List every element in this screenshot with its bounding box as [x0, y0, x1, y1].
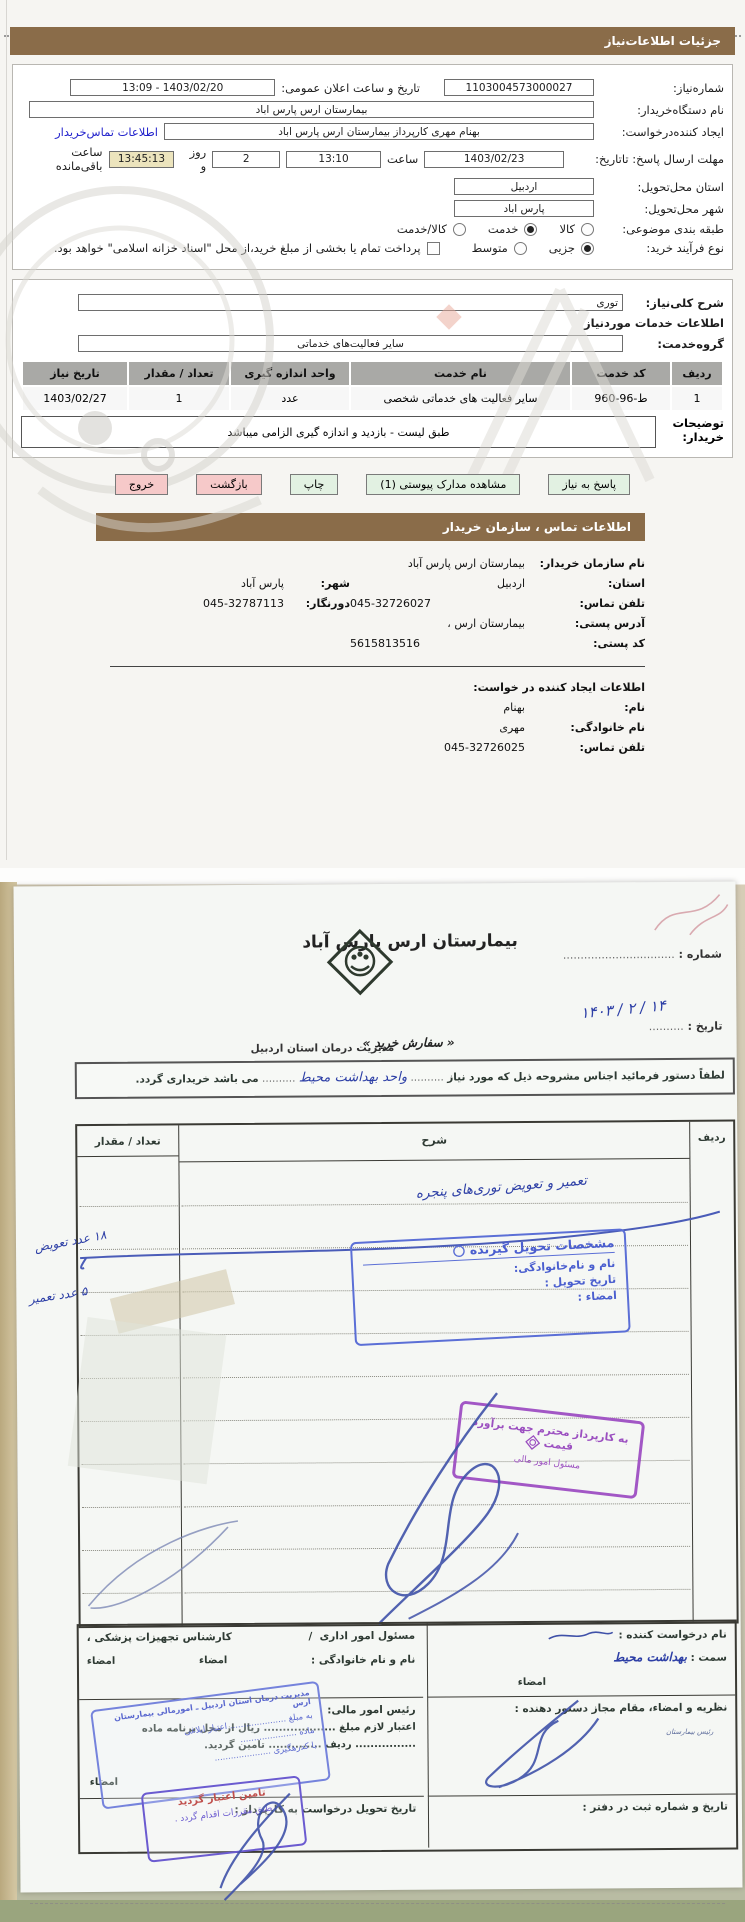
col-service-code: کد خدمت [572, 362, 670, 385]
equipment-expert-label: کارشناس تجهیزات پزشکی ، [87, 1631, 232, 1644]
scan-number-line: شماره : ................................ [563, 948, 722, 962]
phone-value: 045-32726027 [350, 597, 525, 610]
buyer-name-field[interactable]: بیمارستان ارس پارس اباد [29, 101, 594, 118]
signature-large [347, 1383, 539, 1634]
request-dots2: .......... [262, 1073, 295, 1085]
tamin-logo-icon [322, 924, 399, 1001]
view-attachments-button[interactable]: مشاهده مدارک پیوستی (1) [366, 474, 520, 495]
request-handwritten: واحد بهداشت محیط [299, 1070, 407, 1086]
deadline-date-field[interactable]: 1403/02/23 [424, 151, 564, 168]
items-col-row: ردیف [689, 1122, 736, 1622]
creator-phone-label: تلفن تماس: [525, 741, 645, 754]
admin-sign-label: امضاء [199, 1655, 227, 1667]
left-rule [6, 0, 7, 860]
contact-divider [110, 666, 645, 667]
col-row-number: ردیف [672, 362, 722, 385]
cell-service-code: ط-96-960 [572, 387, 670, 410]
col-service-name: نام خدمت [351, 362, 570, 385]
items-col-desc: شرح [179, 1122, 689, 1163]
days-field[interactable]: 2 [212, 151, 280, 168]
items-col-desc-label: شرح [179, 1122, 689, 1149]
scan-bottom-dashed-line [30, 1903, 725, 1904]
last-name-value: مهری [499, 721, 525, 734]
items-col-row-label: ردیف [690, 1122, 733, 1144]
remaining-time-badge: 13:45:13 [109, 151, 175, 168]
signature-table: نام درخواست کننده : سمت : بهداشت محیط ام… [77, 1620, 739, 1855]
contact-section-header: اطلاعات تماس ، سازمان خریدار [96, 513, 645, 541]
process-type-label: نوع فرآیند خرید: [600, 241, 724, 255]
process-radio-medium[interactable] [514, 242, 527, 255]
service-info-panel: شرح کلی‌نیاز: توری اطلاعات خدمات موردنیا… [12, 279, 733, 458]
deliver-cell: تاریخ تحویل درخواست به کارپرداز : تامین … [80, 1797, 425, 1850]
requester-cell: نام درخواست کننده : سمت : بهداشت محیط ام… [426, 1622, 735, 1698]
scan-paper: شماره : ................................… [13, 881, 742, 1892]
service-group-label: گروه‌خدمت: [629, 337, 724, 351]
creator-info-title: اطلاعات ایجاد کننده در خواست: [110, 681, 645, 694]
buyer-contact-block: نام سازمان خریدار: بیمارستان ارس پارس آب… [110, 557, 645, 754]
creator-field[interactable]: بهنام مهری کارپرداز بیمارستان ارس پارس ا… [164, 123, 594, 140]
city-label: شهر: [284, 577, 350, 590]
register-cell: تاریخ و شماره ثبت در دفتر : [428, 1795, 737, 1848]
first-name-label: نام: [525, 701, 645, 714]
deadline-label: مهلت ارسال پاسخ: تاتاریخ: [570, 152, 724, 166]
col-quantity: تعداد / مقدار [129, 362, 229, 385]
fax-value: 045-32787113 [203, 597, 284, 610]
phone-label: تلفن تماس: [525, 597, 645, 610]
city-value: پارس آباد [241, 577, 284, 590]
requester-label: نام درخواست کننده : [618, 1629, 726, 1642]
delivery-province-field[interactable]: اردبیل [454, 178, 594, 195]
request-prefix: لطفاً دستور فرمائید اجناس مشروحه ذیل که … [447, 1070, 725, 1084]
scan-date-line: تاریخ : .......... [649, 1020, 723, 1034]
pencil-scribble [650, 890, 730, 941]
print-button[interactable]: چاپ [290, 474, 339, 495]
treasury-checkbox[interactable] [427, 242, 440, 255]
service-items-table: ردیف کد خدمت نام خدمت واحد اندازه گیری ت… [21, 360, 724, 412]
remaining-label: ساعت باقی‌مانده [21, 145, 103, 173]
category-option-service: خدمت [488, 222, 519, 236]
position-handwritten: بهداشت محیط [613, 1650, 687, 1665]
creator-phone-value: 045-32726025 [444, 741, 525, 754]
action-buttons: پاسخ به نیاز مشاهده مدارک پیوستی (1) چاپ… [0, 474, 745, 495]
table-row: 1 ط-96-960 سایر فعالیت های خدماتی شخصی ع… [23, 387, 722, 410]
col-need-date: تاریخ نیاز [23, 362, 127, 385]
process-option-medium: متوسط [472, 241, 508, 255]
contact-section-title: اطلاعات تماس ، سازمان خریدار [443, 520, 631, 534]
creator-label: ایجاد کننده‌درخواست: [600, 125, 724, 139]
back-button[interactable]: بازگشت [196, 474, 262, 495]
need-number-label: شماره‌نیاز: [600, 81, 724, 95]
service-table-header-row: ردیف کد خدمت نام خدمت واحد اندازه گیری ت… [23, 362, 722, 385]
request-text-box: لطفاً دستور فرمائید اجناس مشروحه ذیل که … [75, 1058, 735, 1099]
cell-need-date: 1403/02/27 [23, 387, 127, 410]
requester-sign-label: امضاء [518, 1677, 546, 1688]
deliver-signature [200, 1787, 321, 1908]
details-section-header: جزئیات اطلاعات‌نیاز [10, 27, 735, 55]
postal-value: 5615813516 [350, 637, 525, 650]
respond-button[interactable]: پاسخ به نیاز [548, 474, 630, 495]
buyer-contact-link[interactable]: اطلاعات تماس‌خریدار [55, 125, 158, 139]
delivery-province-label: استان محل‌تحویل: [600, 180, 724, 194]
fullname-label: نام و نام خانوادگی : [311, 1654, 415, 1667]
paper-smudge [68, 1317, 227, 1484]
process-radio-minor[interactable] [581, 242, 594, 255]
delivery-city-label: شهر محل‌تحویل: [600, 202, 724, 216]
category-radio-goods[interactable] [581, 223, 594, 236]
equip-sign-label: امضاء [87, 1656, 115, 1668]
days-label: روز و [180, 145, 206, 173]
scanned-purchase-order: شماره : ................................… [0, 868, 745, 1922]
stamp-logo-icon [452, 1244, 466, 1258]
overall-need-field[interactable]: توری [78, 294, 623, 311]
request-dots1: .......... [410, 1072, 443, 1084]
buyer-notes-label: توضیحات خریدار: [662, 416, 724, 448]
hour-label: ساعت [387, 152, 418, 166]
scan-date-handwritten: ۱۴۰۳ / ۲ / ۱۴ [580, 996, 667, 1022]
buyer-notes-field[interactable]: طبق لیست - بازدید و اندازه گیری الزامی م… [21, 416, 656, 448]
need-number-field[interactable]: 1103004573000027 [444, 79, 594, 96]
scan-org-name: مدیریت درمان استان اردبیل [251, 1042, 395, 1055]
position-label: سمت : [691, 1652, 727, 1664]
need-details-page: جزئیات اطلاعات‌نیاز شماره‌نیاز: 11030045… [0, 0, 745, 1922]
authorizer-signature [458, 1698, 609, 1793]
last-name-label: نام خانوادگی: [525, 721, 645, 734]
province-label: استان: [525, 577, 645, 590]
category-option-goods: کالا [559, 222, 575, 236]
org-name-label: نام سازمان خریدار: [525, 557, 645, 570]
postal-label: کد پستی: [525, 637, 645, 650]
announce-label: تاریخ و ساعت اعلان عمومی: [281, 81, 420, 95]
items-col-qty-label: تعداد / مقدار [77, 1125, 178, 1157]
overall-need-label: شرح کلی‌نیاز: [629, 296, 724, 310]
signature-light [78, 1515, 249, 1626]
admin-officer-label: مسئول امور اداری [320, 1630, 416, 1643]
first-name-value: بهنام [503, 701, 525, 714]
address-label: آدرس پستی: [525, 617, 645, 630]
category-label: طبقه بندی موضوعی: [600, 222, 724, 236]
cell-service-name: سایر فعالیت های خدماتی شخصی [351, 387, 570, 410]
announce-field[interactable]: 13:09 - 1403/02/20 [70, 79, 275, 96]
receiver-stamp-title: مشخصات تحویل گیرنده [469, 1235, 614, 1257]
fax-label: دورنگار: [284, 597, 350, 610]
address-value: بیمارستان ارس ، [350, 617, 525, 630]
need-info-panel: شماره‌نیاز: 1103004573000027 تاریخ و ساع… [12, 64, 733, 270]
org-name-value: بیمارستان ارس پارس آباد [350, 557, 525, 570]
request-suffix: می باشد خریداری گردد. [135, 1073, 258, 1086]
cell-unit: عدد [231, 387, 349, 410]
cell-row-number: 1 [672, 387, 722, 410]
services-info-title: اطلاعات خدمات موردنیاز [21, 316, 724, 330]
treasury-checkbox-label: پرداخت تمام یا بخشی از مبلغ خرید،از محل … [54, 241, 421, 255]
province-value: اردبیل [350, 577, 525, 590]
category-radio-both[interactable] [453, 223, 466, 236]
process-option-minor: جزیی [549, 241, 575, 255]
buyer-name-label: نام دستگاه‌خریدار: [600, 103, 724, 117]
col-unit: واحد اندازه گیری [231, 362, 349, 385]
exit-button[interactable]: خروج [115, 474, 168, 495]
cell-quantity: 1 [129, 387, 229, 410]
details-section-title: جزئیات اطلاعات‌نیاز [605, 34, 721, 48]
category-radio-service[interactable] [524, 223, 537, 236]
service-group-field[interactable]: سایر فعالیت‌های خدماتی [78, 335, 623, 352]
category-option-both: کالا/خدمت [397, 222, 447, 236]
receiver-stamp: مشخصات تحویل گیرنده نام و نام‌خانوادگی: … [350, 1228, 631, 1346]
slash-separator: / [308, 1630, 312, 1642]
register-label: تاریخ و شماره ثبت در دفتر : [437, 1801, 728, 1815]
requester-name-handwriting [545, 1628, 615, 1642]
authorizer-cell: نظریه و امضاء، مقام مجاز دستور دهنده : ر… [427, 1696, 736, 1797]
delivery-city-field[interactable]: پارس اباد [454, 200, 594, 217]
deadline-time-field[interactable]: 13:10 [286, 151, 381, 168]
